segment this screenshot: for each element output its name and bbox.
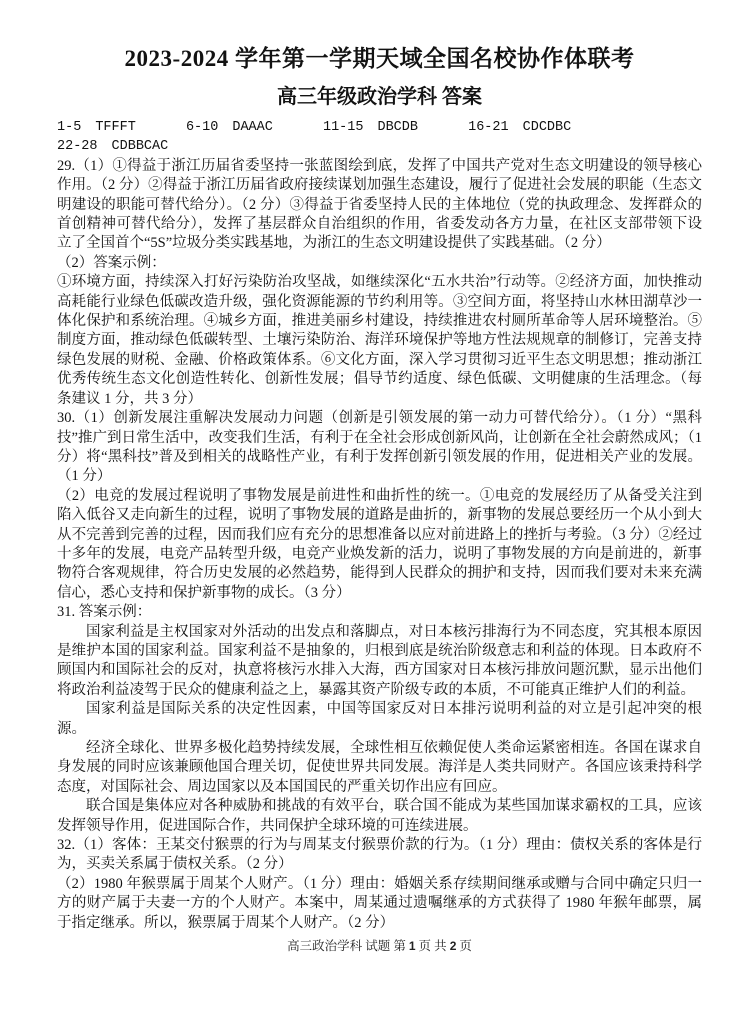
answer-group: 22-28CDBBCAC [57,137,168,156]
q31-paragraph-4: 联合国是集体应对各种威胁和挑战的有效平台，联合国不能成为某些国加谋求霸权的工具，… [57,797,702,836]
footer-text-middle: 页 共 [419,939,447,953]
question-range: 22-28 [57,139,98,154]
footer-total-pages: 2 [447,939,460,953]
q30-part1-answer: 30.（1）创新发展注重解决发展动力问题（创新是引领发展的第一动力可替代给分）。… [57,409,702,487]
answer-group: 6-10DAAAC [186,118,273,137]
page-footer: 高三政治学科 试题 第1页 共2页 [57,938,702,955]
question-range: 6-10 [186,120,218,135]
answer-key-row-2: 22-28CDBBCAC [57,137,702,156]
q31-paragraph-3: 经济全球化、世界多极化趋势持续发展，全球性相互依赖促使人类命运紧密相连。各国在谋… [57,739,702,797]
answer-letters: CDCDBC [523,120,572,135]
footer-page-number: 1 [406,939,419,953]
q29-part2-answer: ①环境方面，持续深入打好污染防治攻坚战，如继续深化“五水共治”行动等。②经济方面… [57,273,702,409]
question-range: 11-15 [323,120,364,135]
q30-part2-answer: （2）电竞的发展过程说明了事物发展是前进性和曲折性的统一。①电竞的发展经历了从备… [57,487,702,603]
page-subtitle: 高三年级政治学科 答案 [57,84,702,110]
answer-group: 1-5TFFFT [57,118,136,137]
footer-text-right: 页 [459,939,472,953]
question-range: 16-21 [468,120,509,135]
answer-letters: TFFFT [95,120,136,135]
q31-paragraph-2: 国家利益是国际关系的决定性因素，中国等国家反对日本排污说明利益的对立是引起冲突的… [57,700,702,739]
footer-text-left: 高三政治学科 试题 第 [287,939,406,953]
answer-key-row-1: 1-5TFFFT 6-10DAAAC 11-15DBCDB 16-21CDCDB… [57,118,702,137]
q31-label: 31. 答案示例： [57,603,702,622]
answer-letters: CDBBCAC [112,139,169,154]
q32-part1-answer: 32.（1）客体：王某交付猴票的行为与周某支付猴票价款的行为。（1 分）理由：债… [57,836,702,875]
exam-answer-sheet-page: 2023-2024 学年第一学期天域全国名校协作体联考 高三年级政治学科 答案 … [0,0,756,1021]
q31-paragraph-1: 国家利益是主权国家对外活动的出发点和落脚点，对日本核污排海行为不同态度，究其根本… [57,623,702,701]
answer-group: 11-15DBCDB [323,118,418,137]
answer-letters: DAAAC [232,120,273,135]
q32-part2-answer: （2）1980 年猴票属于周某个人财产。（1 分）理由：婚姻关系存续期间继承或赠… [57,875,702,933]
answer-letters: DBCDB [377,120,418,135]
page-title: 2023-2024 学年第一学期天域全国名校协作体联考 [57,44,702,74]
question-range: 1-5 [57,120,81,135]
answer-group: 16-21CDCDBC [468,118,571,137]
q29-part1-answer: 29.（1）①得益于浙江历届省委坚持一张蓝图绘到底，发挥了中国共产党对生态文明建… [57,157,702,254]
answers-body: 29.（1）①得益于浙江历届省委坚持一张蓝图绘到底，发挥了中国共产党对生态文明建… [57,157,702,933]
q29-part2-label: （2）答案示例： [57,254,702,273]
